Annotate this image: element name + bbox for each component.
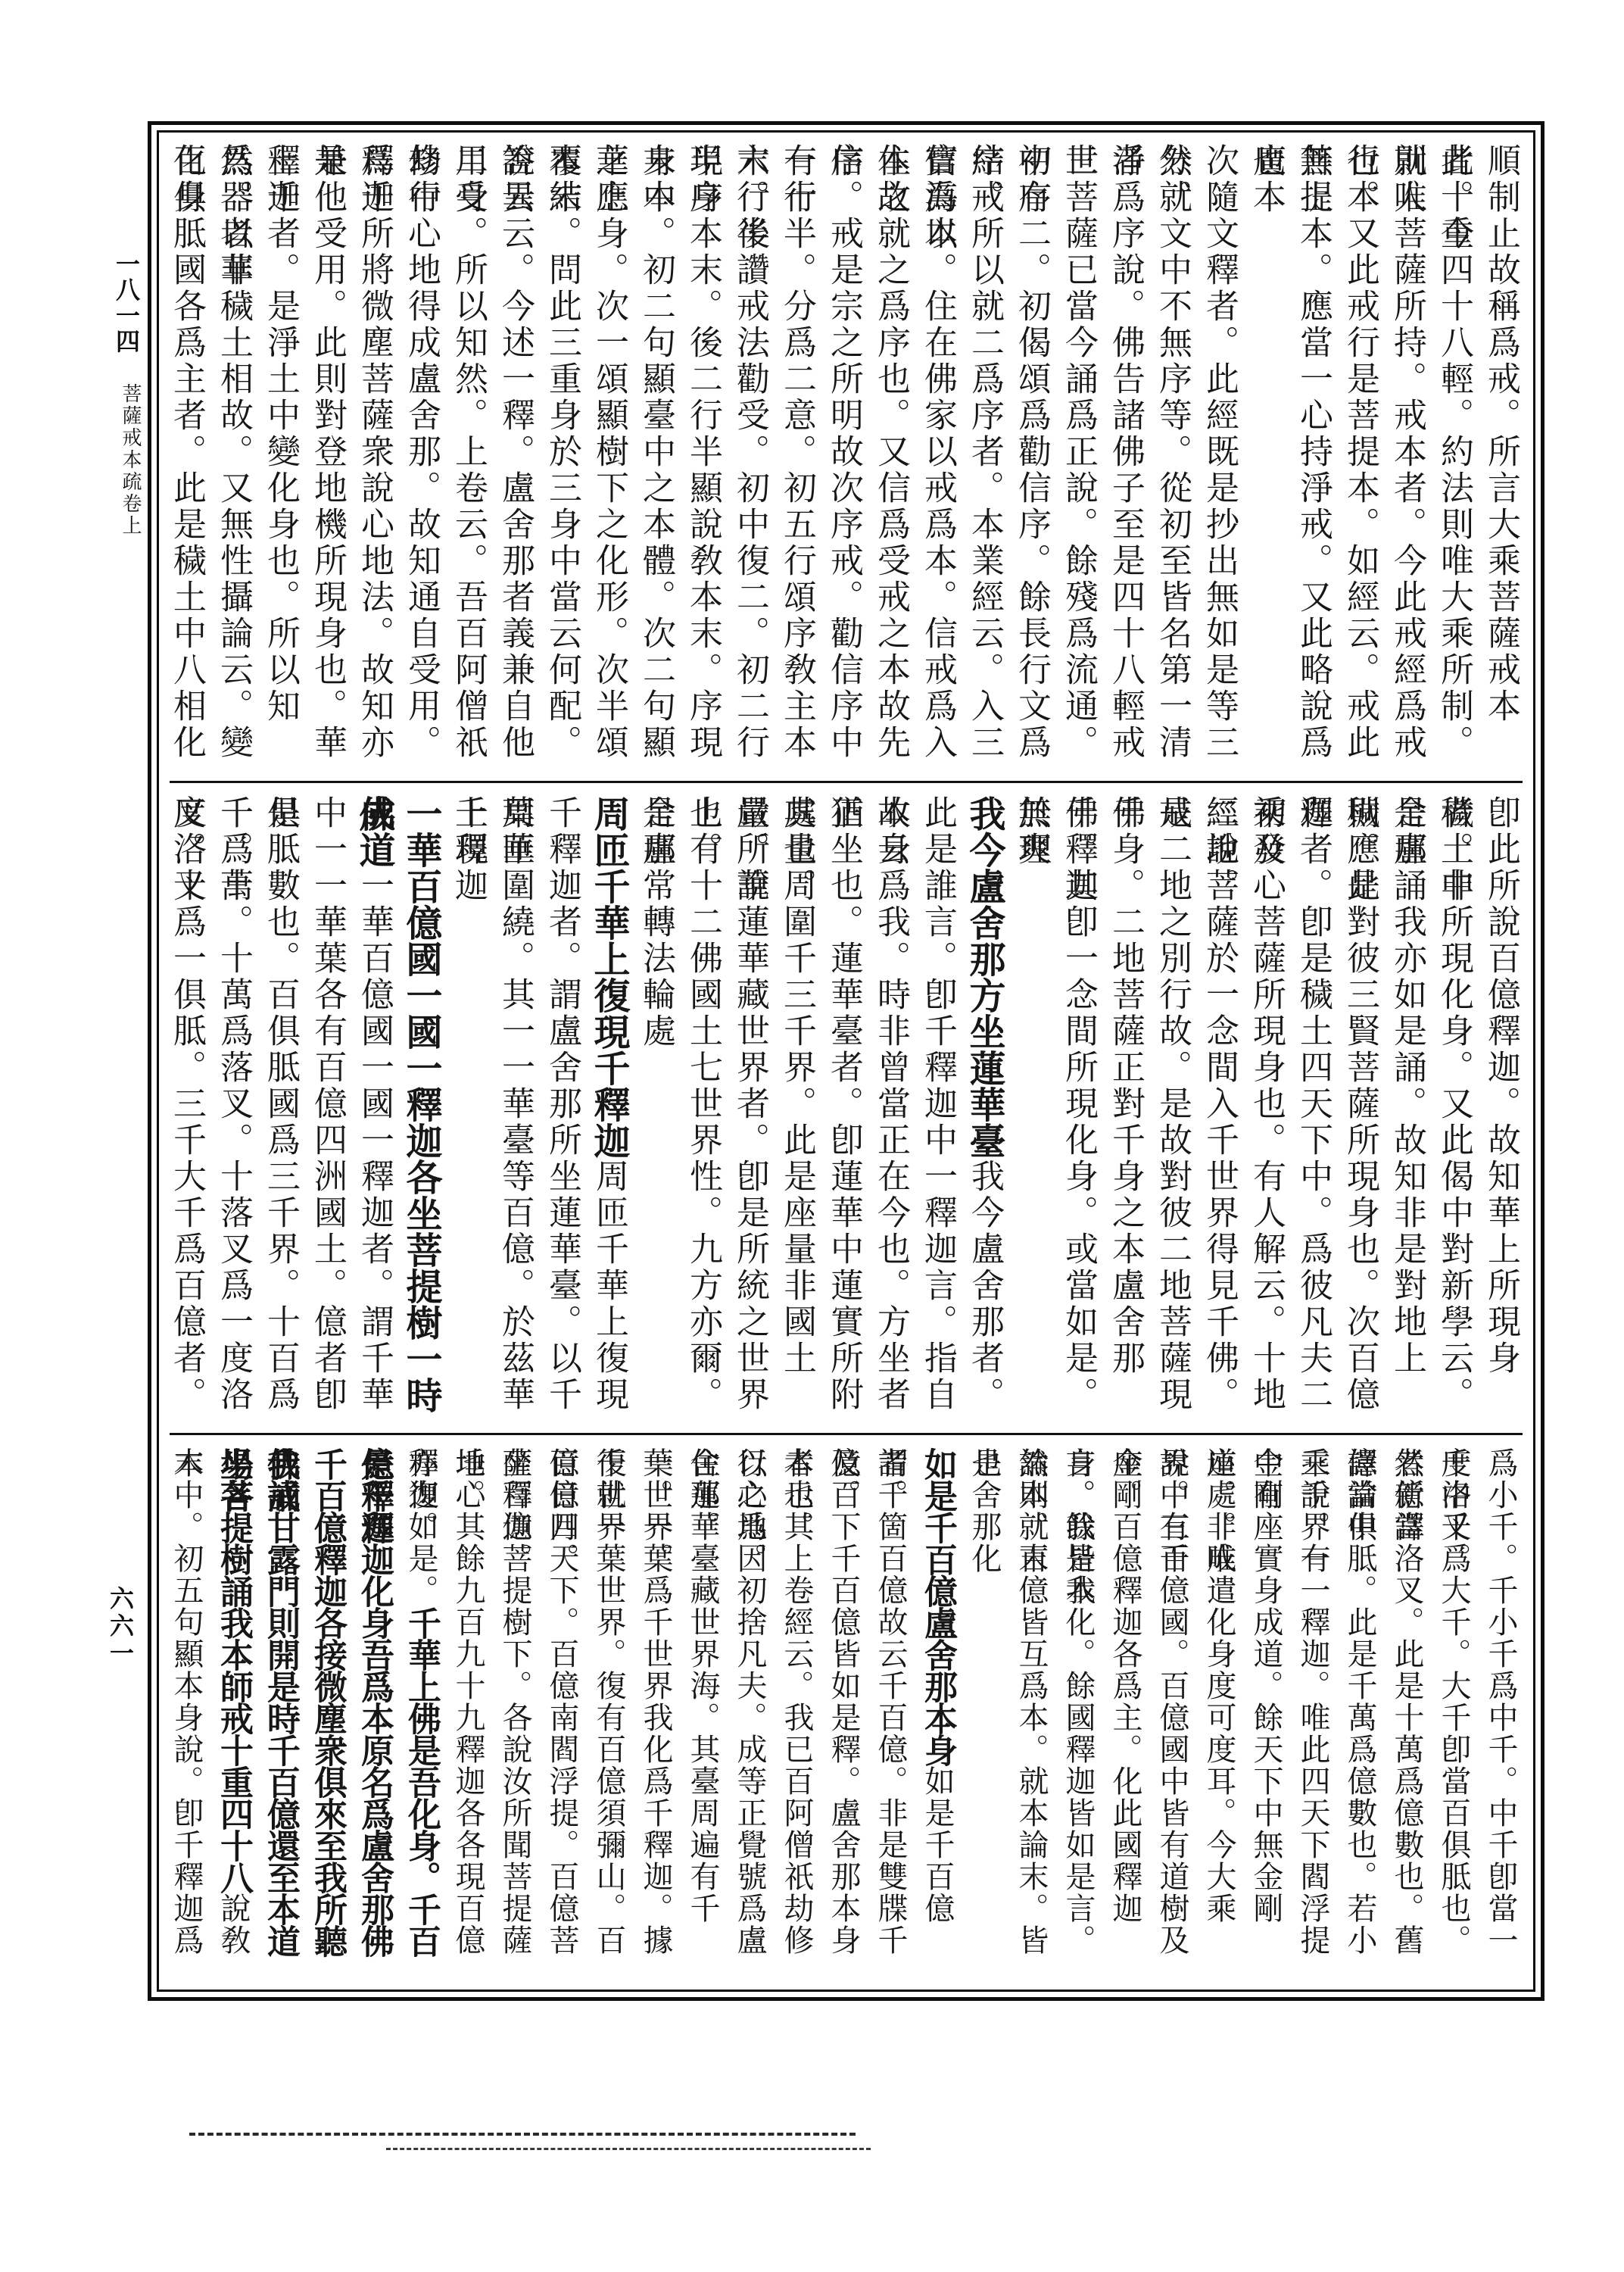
text-column: 舍那常轉法輪處 [632,795,679,1422]
sutra-text: 我今盧舍那方坐蓮華臺 [963,795,1005,1159]
text-column: 說云云。今述一釋。盧舍那者義兼自他二受 [491,143,538,770]
text-column: 是二地之別行故。是故對彼二地菩薩現千 [1149,795,1195,1422]
register-middle: 卽此所說百億釋迦。故知華上所現身者。非穢土中所現化身。又此偈中對新學云。是盧舍那… [168,795,1524,1422]
text-column: 此是誰言。卽千釋迦中一釋迦言。指自本身 [914,795,961,1422]
text-column: 也 [1242,143,1289,770]
text-column: 順制止故稱爲戒。所言大乘菩薩戒本者。今 [1477,143,1524,770]
sutra-text: 如是千百億盧舍那本身 [918,1447,957,1765]
commentary-text: 一華百億國一國一釋迦者。謂千華 [355,868,394,1413]
register-bottom: 爲小千。千小千爲中千。中千卽當一度洛叉。千中千爲大千。大千卽當百俱胝也。然新譯者… [168,1447,1524,1983]
text-column: 本末。問此三重身於三身中當云何配。答異 [538,143,585,770]
scan-artifact-dashed-line [386,2148,871,2150]
text-column: 舍那誦我亦如是誦。故知非是對地上穢。此 [1383,795,1430,1422]
text-column: 億。下千百億皆如是釋。盧舍那本身者示其 [820,1447,867,1983]
text-column: 金剛座實身成道。餘天下中無金剛座。非成 [1242,1447,1289,1983]
text-column: 序。所以就二爲序者。本業經云。入三寶海以 [961,143,1008,770]
commentary-text: 百俱胝國各爲主者。此是穢土中八相化身。 [168,143,206,761]
text-column: 周匝圍繞。其一一華臺等百億。於茲華上現 [491,795,538,1422]
text-column: 本故就之爲序也。又信爲受戒之本故先序 [867,143,914,770]
text-column: 則唯菩薩所持。戒本者。今此戒經爲戒行本 [1383,143,1430,770]
sutra-text: 坐菩提樹誦我本師戒十重四十八 [214,1447,253,1893]
text-column: 如是千百億盧舍那本身如是千百億者。 [914,1447,961,1983]
commentary-text: 我今盧舍那者。 [965,1159,1004,1413]
text-column: 佛道一華百億國一國一釋迦者。謂千華 [351,795,397,1422]
text-column: 末中。初五句顯本身說。卽千釋迦爲百億釋 [168,1447,210,1983]
text-column: 是他受用。此則對登地機所現身也。華上千 [304,143,351,770]
text-column: 故云爲我。時非曾當正在今也。方坐者猶 [867,795,914,1422]
text-column: 一行半。分爲二意。初五行頌序敎主本末。後 [773,143,820,770]
text-column: 地。其餘九百九十九釋迦各各現百億釋迦。 [444,1447,491,1983]
sutra-text: 周匝千華上復現千釋迦 [588,795,630,1159]
text-column: 中一一華葉各有百億四洲國土。億者卽是 [304,795,351,1422]
text-column: 我今盧舍那方坐蓮華臺我今盧舍那者。 [961,795,1008,1422]
text-column: 也。又此戒行是菩提本。如經云。戒此無上 [1336,143,1383,770]
register-top: 順制止故稱爲戒。所言大乘菩薩戒本者。今此十重四十八輕。約法則唯大乘所制。就人則唯… [168,143,1524,770]
text-column: 坐菩提樹誦我本師戒十重四十八說敎本 [210,1447,257,1983]
text-column: 千百億釋迦各接微塵衆俱來至我所聽我誦 [304,1447,351,1983]
text-column: 釋迦所將微塵菩薩衆說心地法。故知亦兼 [351,143,397,770]
text-column: 謂千箇百億故云千百億。非是雙牒千及百 [867,1447,914,1983]
text-column: 一華百億國一國一釋迦各坐菩提樹一時成 [397,795,444,1422]
text-column: 上有十二佛國土七世界性。九方亦爾。是盧 [679,795,726,1422]
scanned-book-page: { "page": { "header_number": "一八一四", "he… [0,0,1624,2272]
text-column: 然就文中不無序等。從初至皆名第一清淨 [1149,143,1195,770]
text-column: 佛身。二地菩薩正對千身之本盧舍那佛。其 [1102,795,1149,1422]
margin-page-number: 六六一 [103,1586,138,1668]
text-column: 爲小千。千小千爲中千。中千卽當一度洛叉。 [1477,1447,1524,1983]
text-column: 者爲序說。佛告諸佛子至是四十八輕戒三 [1102,143,1149,770]
text-column: 卽此所說百億釋迦。故知華上所現身者。非 [1477,795,1524,1422]
register-divider [170,781,1523,783]
text-frame-inner: 順制止故稱爲戒。所言大乘菩薩戒本者。今此十重四十八輕。約法則唯大乘所制。就人則唯… [157,130,1535,1992]
register-divider [170,1433,1523,1435]
text-column: 修行心地得成盧舍那。故知通自受用。爲千 [397,143,444,770]
text-frame: 順制止故稱爲戒。所言大乘菩薩戒本者。今此十重四十八輕。約法則唯大乘所制。就人則唯… [148,121,1545,2001]
margin-fascicle-title: 菩薩戒本疏卷上 [117,383,145,537]
margin-text-number: 一八一四 [109,251,144,354]
text-column: 用身。所以知然。上卷云。吾百阿僧祇劫中 [444,143,491,770]
text-column: 迦者。卽是穢土四天下中。爲彼凡夫二乘及 [1289,795,1336,1422]
text-column: 千釋迦者。謂盧舍那所坐蓮華臺。以千葉華 [538,795,585,1422]
text-column: 正坐也。蓮華臺者。卽蓮華中蓮實所附處也。 [820,795,867,1422]
text-column: 初發心菩薩所現身也。有人解云。十地經說。 [1242,795,1289,1422]
text-column: 釋迦者。是淨土中變化身也。所以知然。以華 [257,143,304,770]
text-column: 世菩薩已當今誦爲正說。餘殘爲流通。初序 [1055,143,1102,770]
text-column: 百俱胝國各爲主者。此是穢土中八相化身。 [168,143,210,770]
scan-artifact-dashed-line [189,2133,856,2136]
text-column: 俱胝數也。百俱胝國爲三千界。十百爲千。十 [257,795,304,1422]
text-column: 菩提本。應當一心持淨戒。又此略說爲廣本 [1289,143,1336,770]
text-column: 末中。初二句顯臺中之本體。次二句顯華上 [632,143,679,770]
text-column: 次隨文釋者。此經既是抄出無如是等三分。 [1195,143,1242,770]
text-column: 之應身。次一頌顯樹下之化形。次半頌覆結 [585,143,632,770]
text-column: 現身本末。後二行半顯說敎本末。序現身本 [679,143,726,770]
commentary-text: 末中。初五句顯本身說。卽千釋迦爲百億釋 [168,1447,204,1956]
text-column: 周匝千華上復現千釋迦周匝千華上復現 [585,795,632,1422]
text-column: 中有二。初偈頌爲勸信序。餘長行文爲結戒 [1008,143,1055,770]
text-column: 千釋迦 [444,795,491,1422]
text-column: 座。百億釋迦各爲主。化此國釋迦言。我是本 [1102,1447,1149,1983]
text-column: 無爽 [1008,795,1055,1422]
commentary-text: 周匝千華上復現 [590,1159,628,1413]
text-column: 佛戒甘露門則開是時千百億還至本道場各 [257,1447,304,1983]
text-column: 信。戒是宗之所明故次序戒。勸信序中有十 [820,143,867,770]
